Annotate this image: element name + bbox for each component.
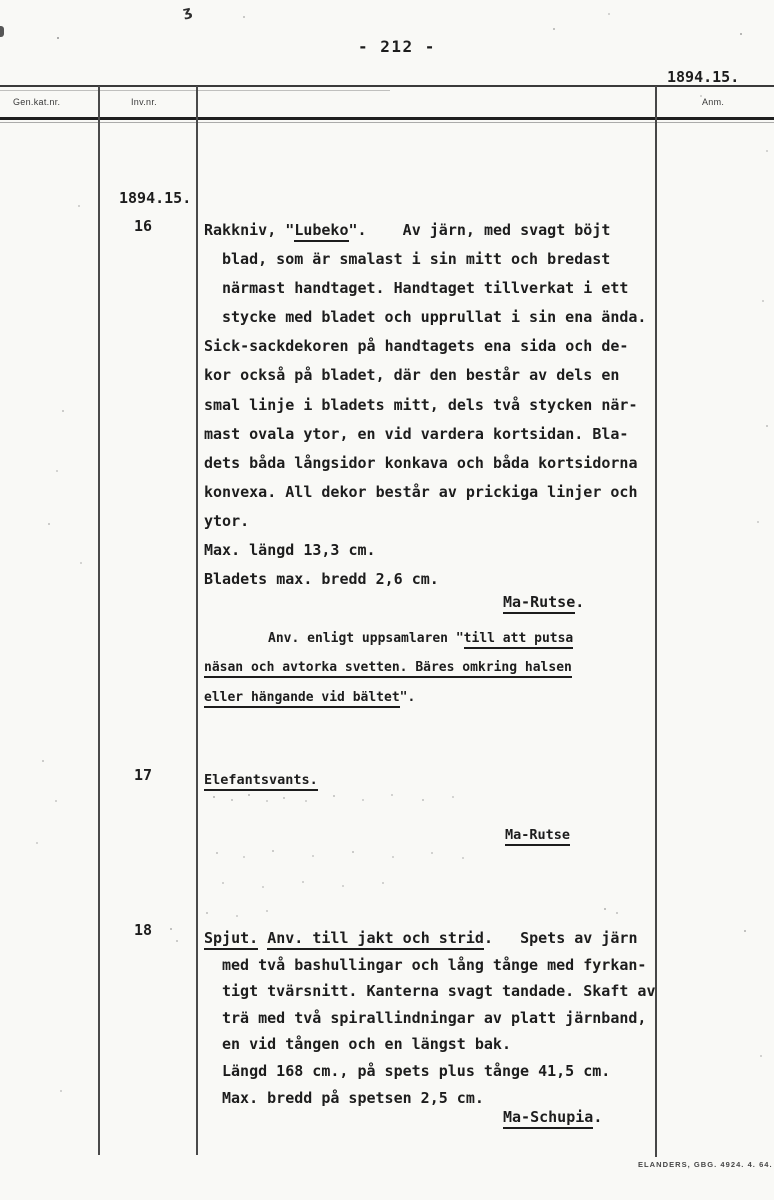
handwritten-mark: ʒ: [181, 3, 193, 21]
text-line: kor också på bladet, där den består av d…: [204, 361, 664, 390]
text-line: en vid tången och en längst bak.: [204, 1031, 664, 1058]
text-segment: stycke med bladet och upprullat i sin en…: [222, 308, 646, 326]
top-right-reference: 1894.15.: [667, 68, 739, 86]
text-segment: Spjut.: [204, 929, 258, 950]
entry-18-signature: Ma-Schupia.: [503, 1108, 602, 1126]
header-top-rule-shadow: [0, 90, 390, 91]
header-bottom-rule-shadow: [0, 122, 774, 123]
text-segment: . Spets av järn: [484, 929, 638, 947]
text-line: Elefantsvants.: [204, 766, 664, 795]
text-line: stycke med bladet och upprullat i sin en…: [204, 303, 664, 332]
text-segment: Ma-Schupia: [503, 1108, 593, 1129]
text-segment: närmast handtaget. Handtaget tillverkat …: [222, 279, 628, 297]
text-segment: Anv. enligt uppsamlaren ": [268, 631, 464, 646]
text-segment: Max. längd 13,3 cm.: [204, 541, 376, 559]
text-line: blad, som är smalast i sin mitt och bred…: [204, 245, 664, 274]
text-line: dets båda långsidor konkava och båda kor…: [204, 449, 664, 478]
text-segment: smal linje i bladets mitt, dels två styc…: [204, 396, 637, 414]
text-line: med två bashullingar och lång tånge med …: [204, 952, 664, 979]
text-segment: en vid tången och en längst bak.: [222, 1035, 511, 1053]
text-segment: tigt tvärsnitt. Kanterna svagt tandade. …: [222, 982, 655, 1000]
entry-16-description: Rakkniv, "Lubeko". Av järn, med svagt bö…: [204, 216, 664, 594]
inv-nr-18: 18: [134, 921, 152, 939]
text-line: Spjut. Anv. till jakt och strid. Spets a…: [204, 925, 664, 952]
text-line: Rakkniv, "Lubeko". Av järn, med svagt bö…: [204, 216, 664, 245]
text-segment: Rakkniv, ": [204, 221, 294, 239]
text-segment: Ma-Rutse: [503, 593, 575, 614]
entry-16-usage-note: Anv. enligt uppsamlaren "till att putsan…: [204, 624, 664, 712]
text-segment: ".: [400, 690, 416, 705]
text-line: närmast handtaget. Handtaget tillverkat …: [204, 274, 664, 303]
text-segment: trä med två spirallindningar av platt jä…: [222, 1009, 646, 1027]
text-segment: Max. bredd på spetsen 2,5 cm.: [222, 1089, 484, 1107]
header-bottom-rule: [0, 117, 774, 120]
scan-edge-smudge: [0, 26, 4, 37]
scan-speckles: [0, 0, 2, 2]
inventory-group-ref: 1894.15.: [119, 189, 191, 207]
column-header-anm: Anm.: [702, 97, 724, 107]
entry-17-description: Elefantsvants.: [204, 766, 664, 795]
text-segment: Anv. till jakt och strid: [267, 929, 484, 950]
entry-17-signature: Ma-Rutse: [505, 827, 570, 843]
text-line: ytor.: [204, 507, 664, 536]
page-number: - 212 -: [358, 37, 436, 56]
text-segment: med två bashullingar och lång tånge med …: [222, 956, 646, 974]
text-segment: till att putsa: [464, 631, 574, 649]
text-segment: Lubeko: [294, 221, 348, 242]
text-segment: Elefantsvants.: [204, 772, 318, 791]
text-line: Längd 168 cm., på spets plus tånge 41,5 …: [204, 1058, 664, 1085]
printer-mark: ELANDERS, GBG. 4924. 4. 64.: [638, 1160, 773, 1169]
text-segment: .: [593, 1108, 602, 1126]
text-segment: kor också på bladet, där den består av d…: [204, 366, 619, 384]
entry-16-signature: Ma-Rutse.: [503, 593, 584, 611]
text-segment: konvexa. All dekor består av prickiga li…: [204, 483, 637, 501]
column-header-invnr: Inv.nr.: [131, 97, 157, 107]
text-line: mast ovala ytor, en vid vardera kortsida…: [204, 420, 664, 449]
entry-18-description: Spjut. Anv. till jakt och strid. Spets a…: [204, 925, 664, 1111]
text-line: Anv. enligt uppsamlaren "till att putsa: [204, 624, 664, 653]
text-segment: Sick-sackdekoren på handtagets ena sida …: [204, 337, 628, 355]
text-line: Bladets max. bredd 2,6 cm.: [204, 565, 664, 594]
header-top-rule: [0, 85, 774, 87]
column-divider-genkat: [98, 86, 100, 1155]
text-segment: blad, som är smalast i sin mitt och bred…: [222, 250, 610, 268]
text-segment: Ma-Rutse: [505, 827, 570, 846]
text-line: konvexa. All dekor består av prickiga li…: [204, 478, 664, 507]
text-line: Max. längd 13,3 cm.: [204, 536, 664, 565]
text-segment: ". Av järn, med svagt böjt: [349, 221, 611, 239]
inv-nr-17: 17: [134, 766, 152, 784]
text-line: trä med två spirallindningar av platt jä…: [204, 1005, 664, 1032]
text-segment: .: [575, 593, 584, 611]
text-line: eller hängande vid bältet".: [204, 683, 664, 712]
scanned-catalog-page: ʒ - 212 - 1894.15. Gen.kat.nr. Inv.nr. A…: [0, 0, 774, 1200]
text-segment: näsan och avtorka svetten. Bäres omkring…: [204, 660, 572, 678]
inv-nr-16: 16: [134, 217, 152, 235]
text-segment: Längd 168 cm., på spets plus tånge 41,5 …: [222, 1062, 610, 1080]
text-segment: [258, 929, 267, 947]
text-line: tigt tvärsnitt. Kanterna svagt tandade. …: [204, 978, 664, 1005]
text-line: Sick-sackdekoren på handtagets ena sida …: [204, 332, 664, 361]
text-line: smal linje i bladets mitt, dels två styc…: [204, 391, 664, 420]
text-segment: eller hängande vid bältet: [204, 690, 400, 708]
text-segment: Bladets max. bredd 2,6 cm.: [204, 570, 439, 588]
column-divider-invnr: [196, 86, 198, 1155]
column-header-genkatnr: Gen.kat.nr.: [13, 97, 60, 107]
text-segment: dets båda långsidor konkava och båda kor…: [204, 454, 637, 472]
text-line: näsan och avtorka svetten. Bäres omkring…: [204, 653, 664, 682]
text-segment: ytor.: [204, 512, 249, 530]
text-segment: mast ovala ytor, en vid vardera kortsida…: [204, 425, 628, 443]
